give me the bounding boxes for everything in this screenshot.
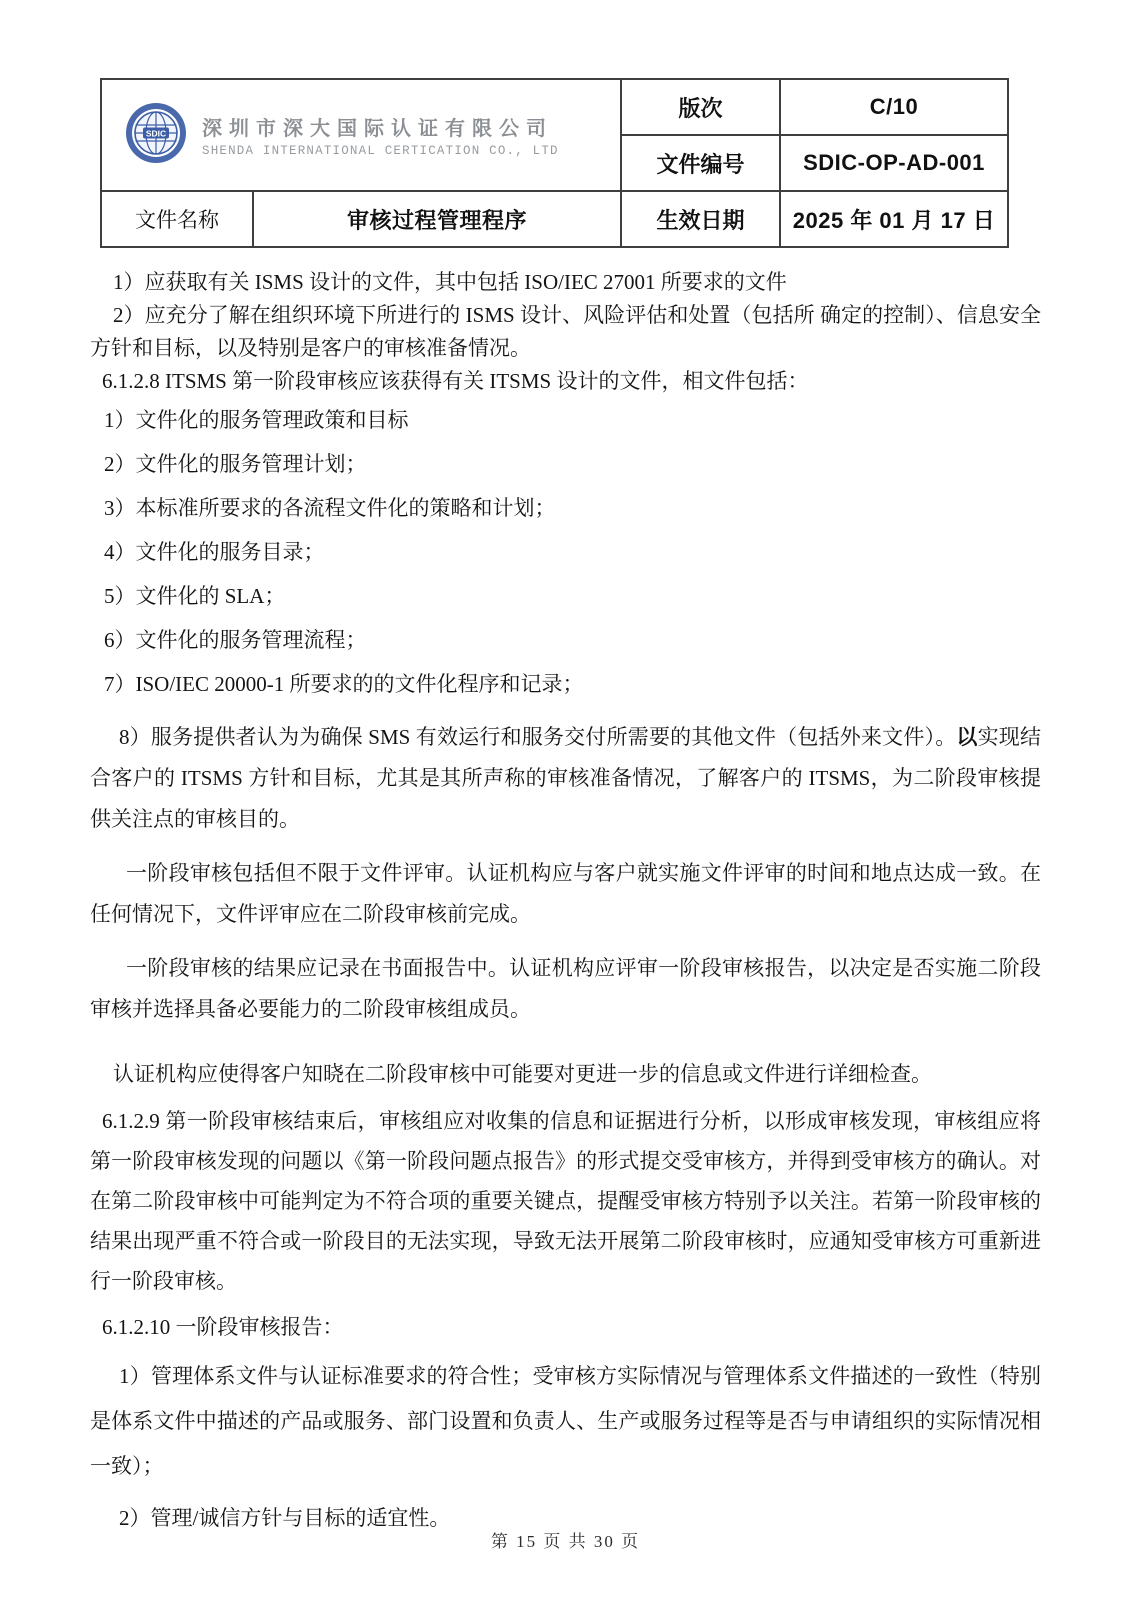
- version-label: 版次: [621, 79, 780, 135]
- paragraph: 一阶段审核的结果应记录在书面报告中。认证机构应评审一阶段审核报告，以决定是否实施…: [90, 948, 1041, 1030]
- paragraph: 6.1.2.10 一阶段审核报告：: [90, 1307, 1041, 1347]
- paragraph: 一阶段审核包括但不限于文件评审。认证机构应与客户就实施文件评审的时间和地点达成一…: [90, 853, 1041, 935]
- company-name-en: SHENDA INTERNATIONAL CERTICATION CO., LT…: [202, 144, 559, 158]
- paragraph: 1）管理体系文件与认证标准要求的符合性；受审核方实际情况与管理体系文件描述的一致…: [90, 1354, 1041, 1489]
- document-header-table: SDIC 深圳市深大国际认证有限公司 SHENDA INTERNATIONAL …: [100, 78, 1009, 248]
- paragraph: 1）应获取有关 ISMS 设计的文件，其中包括 ISO/IEC 27001 所要…: [90, 266, 1041, 299]
- paragraph: 2）应充分了解在组织环境下所进行的 ISMS 设计、风险评估和处置（包括所 确定…: [90, 299, 1041, 365]
- doc-name-label: 文件名称: [101, 191, 253, 247]
- paragraph: 认证机构应使得客户知晓在二阶段审核中可能要对更进一步的信息或文件进行详细检查。: [90, 1054, 1041, 1095]
- company-name-cn: 深圳市深大国际认证有限公司: [202, 112, 559, 141]
- doc-number-label: 文件编号: [621, 135, 780, 191]
- paragraph: 6.1.2.9 第一阶段审核结束后，审核组应对收集的信息和证据进行分析，以形成审…: [90, 1101, 1041, 1301]
- effective-date-value: 2025 年 01 月 17 日: [780, 191, 1008, 247]
- effective-date-label: 生效日期: [621, 191, 780, 247]
- paragraph: 8）服务提供者认为为确保 SMS 有效运行和服务交付所需要的其他文件（包括外来文…: [90, 717, 1041, 840]
- document-body: 1）应获取有关 ISMS 设计的文件，其中包括 ISO/IEC 27001 所要…: [90, 266, 1041, 1541]
- paragraph: 3）本标准所要求的各流程文件化的策略和计划；: [90, 486, 1041, 530]
- paragraph: 6.1.2.8 ITSMS 第一阶段审核应该获得有关 ITSMS 设计的文件，相…: [90, 365, 1041, 398]
- page-number: 第 15 页 共 30 页: [0, 1527, 1131, 1552]
- paragraph: 7）ISO/IEC 20000-1 所要求的的文件化程序和记录；: [90, 662, 1041, 706]
- paragraph: 6）文件化的服务管理流程；: [90, 618, 1041, 662]
- paragraph: 4）文件化的服务目录；: [90, 530, 1041, 574]
- paragraph: 5）文件化的 SLA；: [90, 574, 1041, 618]
- emblem-text: SDIC: [146, 128, 166, 138]
- paragraph: 2）文件化的服务管理计划；: [90, 442, 1041, 486]
- paragraph: 1）文件化的服务管理政策和目标: [90, 398, 1041, 442]
- doc-name-value: 审核过程管理程序: [253, 191, 621, 247]
- page: { "header": { "logo": { "emblem_text": "…: [0, 0, 1131, 1600]
- doc-number-value: SDIC-OP-AD-001: [780, 135, 1008, 191]
- version-value: C/10: [780, 79, 1008, 135]
- company-emblem-icon: SDIC: [124, 101, 188, 170]
- company-logo-cell: SDIC 深圳市深大国际认证有限公司 SHENDA INTERNATIONAL …: [101, 79, 621, 191]
